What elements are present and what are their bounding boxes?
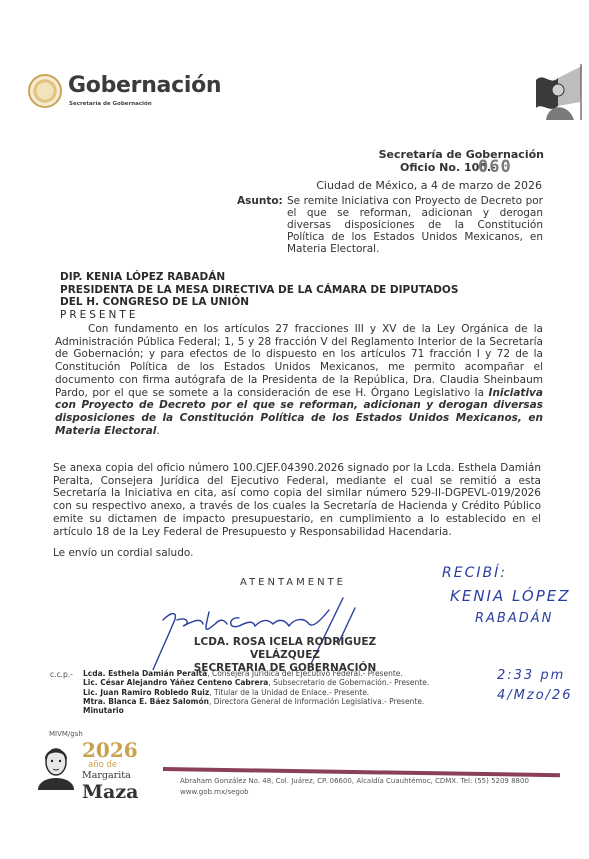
signer-name: LCDA. ROSA ICELA RODRÍGUEZ VELÁZQUEZ — [170, 636, 400, 662]
p1-end: . — [156, 425, 159, 437]
salutation: Le envío un cordial saludo. — [53, 547, 193, 559]
initials: MIVM/gsh — [49, 730, 83, 738]
ccp-entry: Mtra. Blanca E. Báez Salomón, Directora … — [83, 697, 429, 706]
place-date: Ciudad de México, a 4 de marzo de 2026 — [316, 179, 542, 192]
oficio-number-stamp: 060 — [478, 157, 512, 177]
receipt-date: 4/Mzo/26 — [497, 688, 573, 703]
ano-de-label: año de — [88, 760, 117, 770]
website-link[interactable]: www.gob.mx/segob — [180, 787, 529, 798]
addressee-name: DIP. KENIA LÓPEZ RABADÁN — [60, 271, 458, 284]
department-name: Secretaría de Gobernación — [379, 148, 544, 161]
asunto-text: Se remite Iniciativa con Proyecto de Dec… — [287, 195, 543, 255]
ccp-entry: Lic. César Alejandro Yáñez Centeno Cabre… — [83, 678, 429, 687]
addressee-block: DIP. KENIA LÓPEZ RABADÁN PRESIDENTA DE L… — [60, 271, 458, 321]
ccp-list: Lcda. Esthela Damián Peralta, Consejera … — [83, 669, 429, 715]
margarita-label: Margarita — [82, 770, 131, 781]
ccp-entry: Lcda. Esthela Damián Peralta, Consejera … — [83, 669, 429, 678]
body-paragraph-1: Con fundamento en los artículos 27 fracc… — [55, 323, 543, 437]
brand-title: Gobernación — [68, 73, 221, 98]
margarita-maza-portrait-icon — [34, 740, 78, 790]
p1-text: Con fundamento en los artículos 27 fracc… — [55, 323, 543, 399]
receipt-name-1: KENIA LÓPEZ — [450, 587, 571, 605]
ccp-label: c.c.p.- — [50, 670, 73, 679]
addressee-title-1: PRESIDENTA DE LA MESA DIRECTIVA DE LA CÁ… — [60, 284, 458, 297]
maza-label: Maza — [82, 781, 138, 803]
heroine-flag-emblem-icon — [528, 62, 586, 122]
asunto-label: Asunto: — [237, 195, 283, 207]
receipt-time: 2:33 pm — [497, 668, 565, 683]
year-badge: 2026 — [82, 740, 138, 760]
ccp-entry: Minutario — [83, 706, 429, 715]
brand-subtitle: Secretaría de Gobernación — [69, 101, 152, 107]
address-line: Abraham González No. 48, Col. Juárez, CP… — [180, 776, 529, 787]
body-paragraph-2: Se anexa copia del oficio número 100.CJE… — [53, 462, 541, 538]
coat-of-arms-seal-icon — [28, 74, 62, 108]
presente-label: PRESENTE — [60, 309, 458, 322]
atentamente: ATENTAMENTE — [240, 577, 346, 588]
ccp-entry: Lic. Juan Ramiro Robledo Ruiz, Titular d… — [83, 688, 429, 697]
addressee-title-2: DEL H. CONGRESO DE LA UNIÓN — [60, 296, 458, 309]
footer-address: Abraham González No. 48, Col. Juárez, CP… — [180, 776, 529, 798]
receipt-label: RECIBÍ: — [442, 565, 507, 581]
receipt-name-2: RABADÁN — [475, 611, 553, 626]
